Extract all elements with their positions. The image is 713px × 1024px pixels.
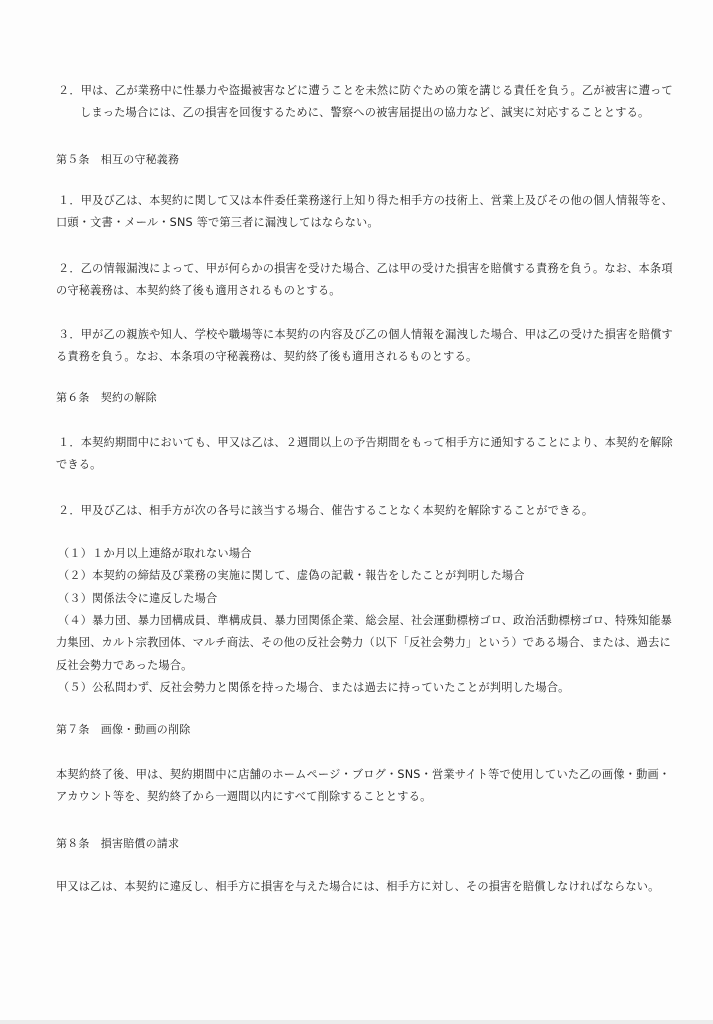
article-6-subitem-5: （５）公私問わず、反社会勢力と関係を持った場合、または過去に持っていたことが判明… [58, 677, 668, 699]
article-8-line-1: 甲又は乙は、本契約に違反し、相手方に損害を与えた場合には、相手方に対し、その損害… [56, 876, 666, 898]
article-6-item-2-line-1: ２．甲及び乙は、相手方が次の各号に該当する場合、催告することなく本契約を解除する… [58, 500, 668, 522]
article-5-item-3-line-2: る責務を負う。なお、本条項の守秘義務は、契約終了後も適用されるものとする。 [56, 346, 666, 368]
article-6-item-1-line-1: １．本契約期間中においても、甲又は乙は、２週間以上の予告期間をもって相手方に通知… [58, 432, 668, 454]
article-6-subitem-4-line-2: 力集団、カルト宗教団体、マルチ商法、その他の反社会勢力（以下「反社会勢力」という… [56, 632, 666, 654]
article-6-subitem-4-line-3: 反社会勢力であった場合。 [56, 655, 666, 677]
article-6-item-1-line-2: できる。 [56, 454, 666, 476]
document-page: ２．甲は、乙が業務中に性暴力や盗撮被害などに遭うことを未然に防ぐための策を講じる… [0, 0, 713, 1020]
article-6-subitem-4-line-1: （４）暴力団、暴力団構成員、準構成員、暴力団関係企業、総会屋、社会運動標榜ゴロ、… [58, 610, 668, 632]
article-7-line-2: アカウント等を、契約終了から一週間以内にすべて削除することとする。 [56, 786, 666, 808]
article-5-item-2-line-2: の守秘義務は、本契約終了後も適用されるものとする。 [56, 280, 666, 302]
article-7-line-1: 本契約終了後、甲は、契約期間中に店舗のホームページ・ブログ・SNS・営業サイト等… [56, 764, 666, 786]
article-7-heading: 第７条 画像・動画の削除 [56, 719, 666, 741]
article-5-heading: 第５条 相互の守秘義務 [56, 149, 666, 171]
article-6-subitem-3: （３）関係法令に違反した場合 [58, 588, 668, 610]
article-5-item-1-line-1: １．甲及び乙は、本契約に関して又は本件委任業務遂行上知り得た相手方の技術上、営業… [58, 190, 668, 212]
article-6-heading: 第６条 契約の解除 [56, 387, 666, 409]
article-5-item-1-line-2: 口頭・文書・メール・SNS 等で第三者に漏洩してはならない。 [56, 212, 666, 234]
clause-4-item-2-line-2: しまった場合には、乙の損害を回復するために、警察への被害届提出の協力など、誠実に… [80, 102, 690, 124]
article-5-item-3-line-1: ３．甲が乙の親族や知人、学校や職場等に本契約の内容及び乙の個人情報を漏洩した場合… [58, 324, 668, 346]
article-8-heading: 第８条 損害賠償の請求 [56, 833, 666, 855]
article-6-subitem-2: （２）本契約の締結及び業務の実施に関して、虚偽の記載・報告をしたことが判明した場… [58, 565, 668, 587]
clause-4-item-2-line-1: ２．甲は、乙が業務中に性暴力や盗撮被害などに遭うことを未然に防ぐための策を講じる… [58, 80, 668, 102]
article-6-subitem-1: （１）１か月以上連絡が取れない場合 [58, 543, 668, 565]
article-5-item-2-line-1: ２．乙の情報漏洩によって、甲が何らかの損害を受けた場合、乙は甲の受けた損害を賠償… [58, 258, 668, 280]
page-bottom-edge [0, 1020, 713, 1024]
